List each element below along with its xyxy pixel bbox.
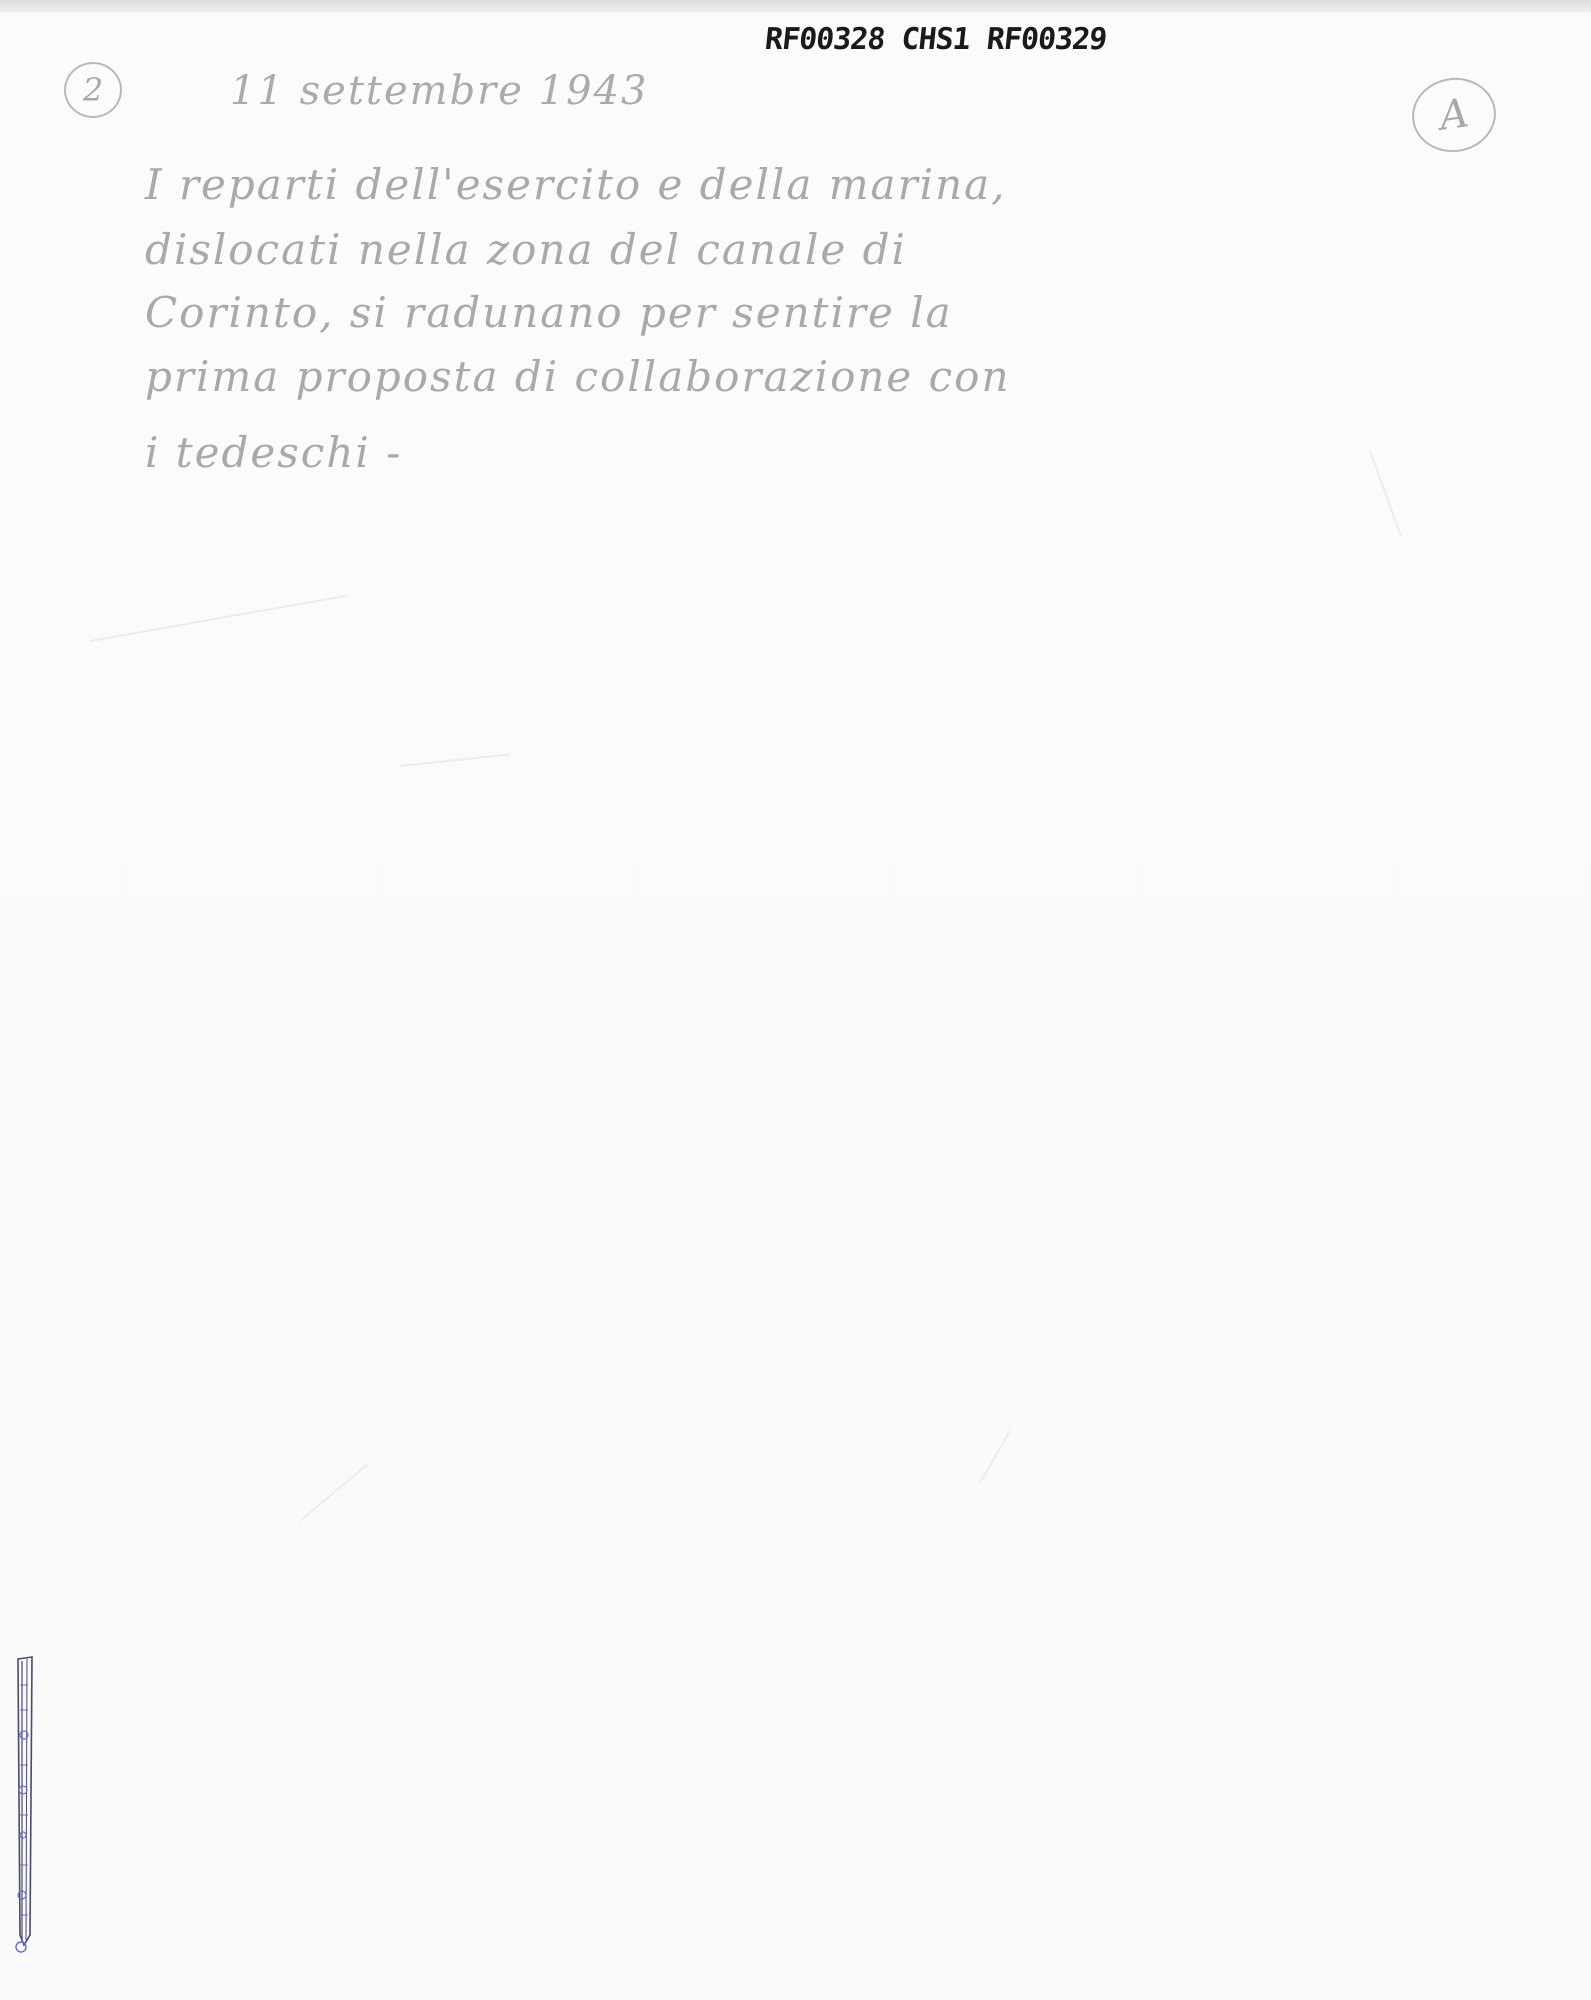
- paper-crease: [979, 1431, 1011, 1484]
- caption-line: dislocati nella zona del canale di: [145, 225, 907, 274]
- caption-line: Corinto, si radunano per sentire la: [145, 288, 953, 337]
- archive-stamp: RF00328 CHS1 RF00329: [763, 22, 1108, 57]
- caption-line: i tedeschi -: [145, 428, 402, 477]
- page-number: 2: [83, 71, 103, 109]
- paper-crease: [299, 1462, 369, 1521]
- page-top-edge: [0, 0, 1591, 12]
- paper-crease: [90, 595, 346, 642]
- document-page: RF00328 CHS1 RF00329 2 11 settembre 1943…: [0, 0, 1591, 2000]
- section-letter: A: [1436, 90, 1471, 140]
- paper-crease: [400, 754, 510, 767]
- measuring-strip-drawing: [12, 1655, 34, 1955]
- caption-line: prima proposta di collaborazione con: [145, 352, 1011, 401]
- page-number-circle: 2: [64, 62, 122, 118]
- caption-line: I reparti dell'esercito e della marina,: [145, 160, 1007, 209]
- handwritten-date: 11 settembre 1943: [230, 68, 648, 114]
- paper-crease: [1369, 451, 1402, 536]
- section-letter-circle: A: [1407, 73, 1500, 158]
